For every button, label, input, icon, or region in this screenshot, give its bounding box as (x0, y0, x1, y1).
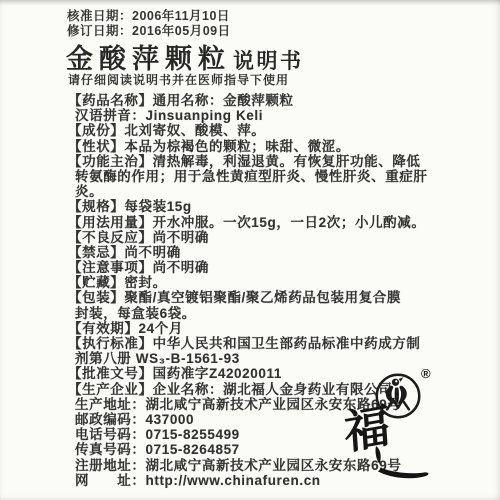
field-standard-line2: 剂第八册 WS₃-B-1561-93 (68, 351, 468, 366)
field-storage: 【贮藏】密封。 (68, 275, 468, 290)
field-adverse-reactions: 【不良反应】尚不明确 (68, 230, 468, 245)
field-description: 【性状】本品为棕褐色的颗粒；味甜、微涩。 (68, 139, 468, 154)
field-packaging-line1: 【包装】聚酯/真空镀铝聚酯/聚乙烯药品包装用复合膜 (68, 290, 468, 305)
field-drug-name: 【药品名称】通用名称：金酸萍颗粒 (68, 93, 468, 108)
registered-trademark-symbol: ® (421, 366, 431, 381)
field-phone-number: 电话号码：0715-8255499 (68, 427, 468, 442)
field-functions-line1: 【功能主治】清热解毒，利湿退黄。有恢复肝功能、降低 (68, 154, 468, 169)
field-pinyin: 汉语拼音：Jinsuanping Keli (68, 108, 468, 123)
field-packaging-line2: 封装，每盒装6袋。 (68, 306, 468, 321)
field-shelf-life: 【有效期】24个月 (68, 321, 468, 336)
calligraphy-ren-stroke-icon (368, 444, 434, 482)
field-specification: 【规格】每袋装15g (68, 199, 468, 214)
approval-date: 核准日期：2006年11月10日 (67, 9, 231, 24)
field-ingredients: 【成份】北刘寄奴、酸模、萍。 (68, 123, 468, 138)
usage-notice: 请仔细阅读说明书并在医师指导下使用 (68, 71, 289, 88)
drug-leaflet: 核准日期：2006年11月10日 修订日期：2016年05月09日 金酸萍颗粒 … (0, 0, 500, 500)
date-block: 核准日期：2006年11月10日 修订日期：2016年05月09日 (67, 9, 231, 39)
field-standard-line1: 【执行标准】中华人民共和国卫生部药品标准中药成方制 (68, 336, 468, 351)
field-contraindications: 【禁忌】尚不明确 (68, 245, 468, 260)
field-dosage: 【用法用量】开水冲服。一次15g，一日2次；小儿酌减。 (68, 215, 468, 230)
field-functions-line3: 炎。 (68, 184, 468, 199)
field-precautions: 【注意事项】尚不明确 (68, 260, 468, 275)
field-functions-line2: 转氨酶的作用；用于急性黄疸型肝炎、慢性肝炎、重症肝 (68, 169, 468, 184)
leaflet-body: 【药品名称】通用名称：金酸萍颗粒 汉语拼音：Jinsuanping Keli 【… (68, 93, 468, 488)
